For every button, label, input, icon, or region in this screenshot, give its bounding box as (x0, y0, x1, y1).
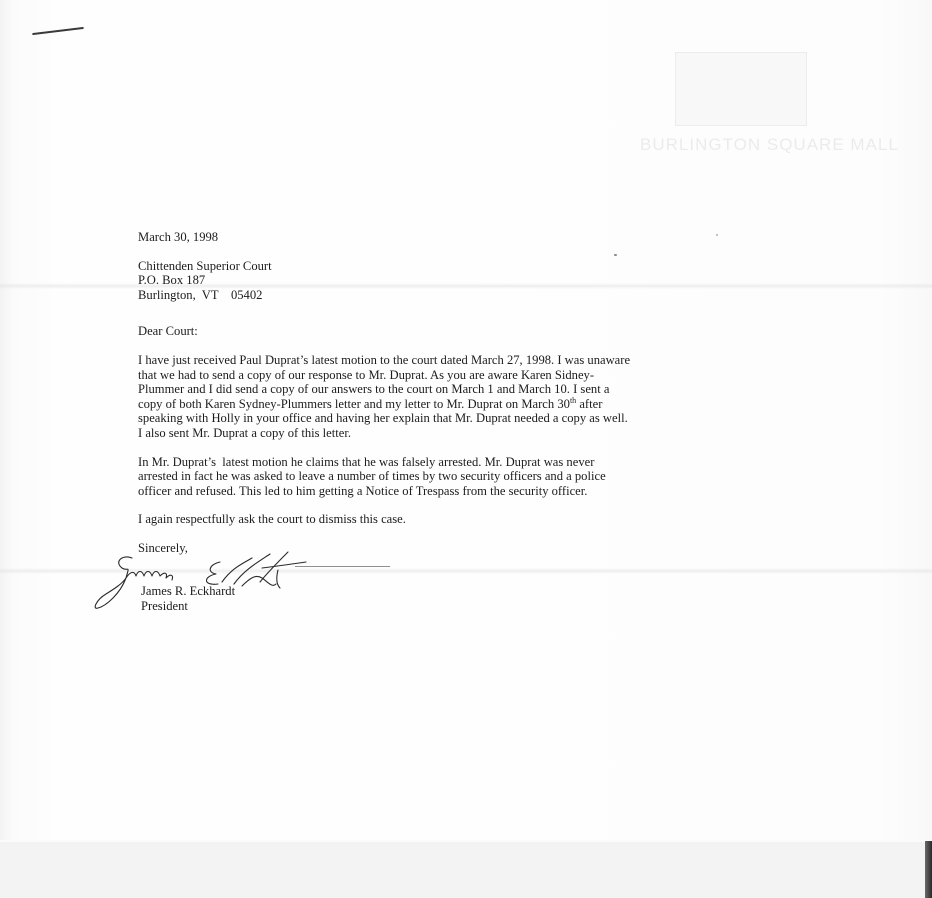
letterhead-ghost-text: BURLINGTON SQUARE MALL (640, 135, 899, 155)
paragraph-line: In Mr. Duprat’s latest motion he claims … (138, 455, 808, 470)
pen-mark (32, 27, 84, 35)
paragraph-1: I have just received Paul Duprat’s lates… (138, 353, 808, 441)
paragraph-line: that we had to send a copy of our respon… (138, 368, 808, 383)
paragraph-line: I also sent Mr. Duprat a copy of this le… (138, 426, 808, 441)
paragraph-line: Plummer and I did send a copy of our ans… (138, 382, 808, 397)
recipient-city-state-zip: Burlington, VT 05402 (138, 288, 808, 303)
recipient-name: Chittenden Superior Court (138, 259, 808, 274)
recipient-po-box: P.O. Box 187 (138, 273, 808, 288)
paragraph-3: I again respectfully ask the court to di… (138, 512, 808, 527)
letter-date: March 30, 1998 (138, 230, 808, 245)
letter-body: March 30, 1998 Chittenden Superior Court… (138, 230, 808, 556)
recipient-address: Chittenden Superior Court P.O. Box 187 B… (138, 259, 808, 303)
scanner-edge-strip (925, 841, 932, 898)
signer-title: President (141, 599, 235, 614)
signer-block: James R. Eckhardt President (141, 584, 235, 613)
salutation: Dear Court: (138, 324, 808, 339)
paragraph-line: speaking with Holly in your office and h… (138, 411, 808, 426)
letterhead-logo-ghost (675, 52, 807, 126)
scanner-bottom-band (0, 840, 932, 898)
paragraph-2: In Mr. Duprat’s latest motion he claims … (138, 455, 808, 499)
scanned-page: BURLINGTON SQUARE MALL March 30, 1998 Ch… (0, 0, 932, 898)
paragraph-line: copy of both Karen Sydney-Plummers lette… (138, 397, 808, 412)
paragraph-line: I have just received Paul Duprat’s lates… (138, 353, 808, 368)
signer-name: James R. Eckhardt (141, 584, 235, 599)
paragraph-line-text: copy of both Karen Sydney-Plummers lette… (138, 397, 570, 411)
paragraph-line: arrested in fact he was asked to leave a… (138, 469, 808, 484)
paragraph-line: officer and refused. This led to him get… (138, 484, 808, 499)
paragraph-line-tail: after (576, 397, 602, 411)
